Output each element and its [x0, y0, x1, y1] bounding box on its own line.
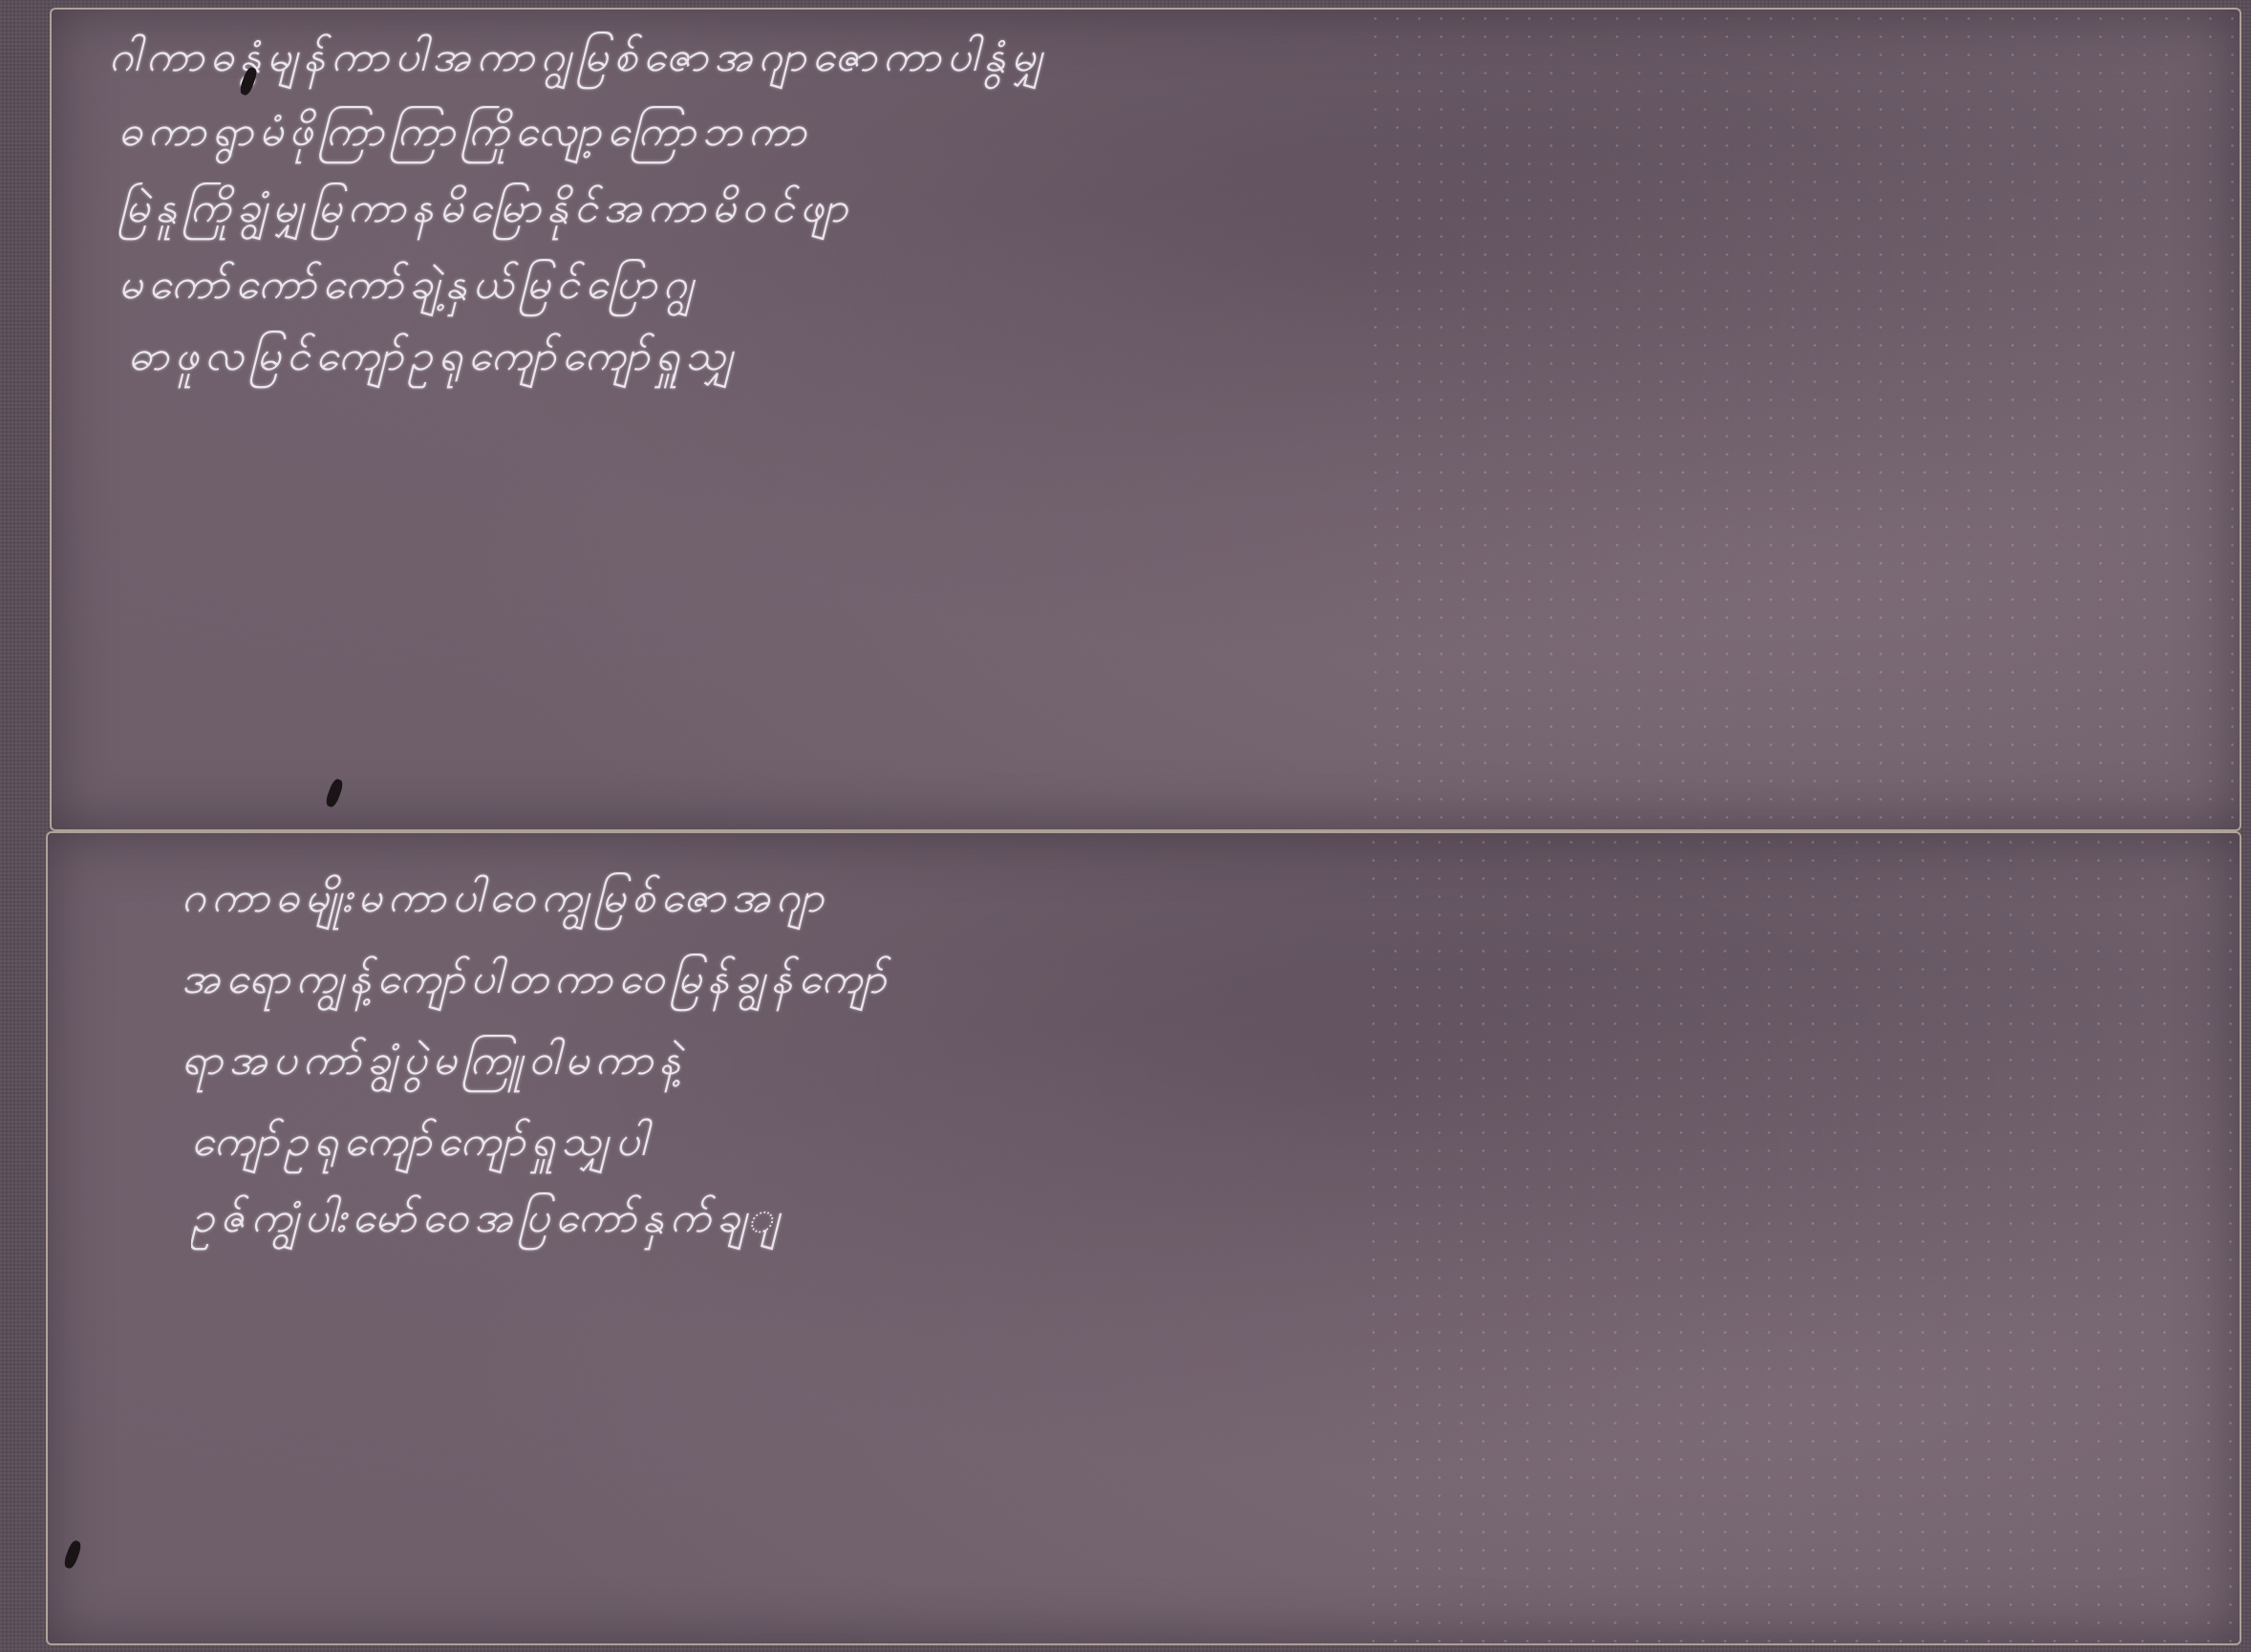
text-line: ရာအပကာ်ချွံပွဲမကြူဝါမကာနဲ့ [182, 1034, 2169, 1095]
text-line: မြဲနူကြိုချွံမျှမြကာနမိမြောနိုင်အကာမိဝင်… [118, 182, 2182, 243]
manuscript-folio-bottom: ဂကာဓမျိုးမကာပါဝေကျွမြစ်ဇောအဂျာ အရောကျွန့… [46, 831, 2241, 1645]
text-line: ဓာဖူလမြင်ကျော်ဥရုကျော်ကျော်ရှူသျှ [128, 330, 2020, 391]
ink-blot [62, 1539, 83, 1570]
text-line: အရောကျွန့်ကျော်ပါတကာဝေမြန်ချွန်ကျော် [182, 953, 2169, 1014]
text-line: ဓကာရွာမံဖိုကြာကြာကြိုလျော့ကြောဘကာ [118, 105, 2182, 166]
text-line: ဥဇ်ကျွံပါးမော်ဝေအပြကော်နှက်ချျ [191, 1191, 1414, 1253]
text-line: ဂါကာဓနွံမျန်ကာပါအကာဂျွမြစ်ဇောအဂျာဇောကာပါ… [109, 31, 2192, 92]
manuscript-folio-top: ဂါကာဓနွံမျန်ကာပါအကာဂျွမြစ်ဇောအဂျာဇောကာပါ… [50, 8, 2241, 831]
text-line: ဂကာဓမျိုးမကာပါဝေကျွမြစ်ဇောအဂျာ [182, 871, 2169, 933]
text-line: ကျော်ဥရုကျော်ကျော်ရှူသျှပါ [191, 1115, 2159, 1176]
text-line: မကော်ကော်ကော်ချဲ့နှယ်မြင်ပြောဂျွ [118, 258, 2182, 319]
ink-blot [324, 778, 345, 808]
